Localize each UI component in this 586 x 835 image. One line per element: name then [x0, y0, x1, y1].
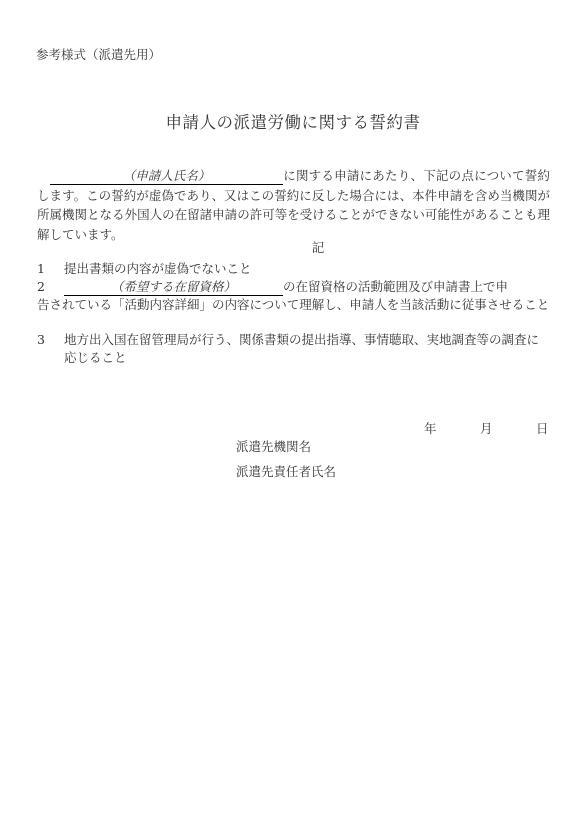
applicant-name-blank[interactable]: （申請人氏名）: [50, 168, 283, 185]
item-number: 2: [37, 278, 45, 296]
pledge-item-3: 3 地方出入国在留管理局が行う、関係書類の提出指導、事情聴取、実地調査等の調査に…: [37, 331, 550, 366]
item-number: 3: [37, 331, 45, 349]
pledge-paragraph: （申請人氏名）に関する申請にあたり、下記の点について誓約します。この誓約が虚偽で…: [37, 166, 550, 244]
item-text-rest: 告されている「活動内容詳細」の内容について理解し、申請人を当該活動に従事させるこ…: [37, 296, 550, 314]
item-number: 1: [37, 260, 45, 278]
date-month-label: 月: [480, 421, 493, 437]
item-text: 提出書類の内容が虚偽でないこと: [64, 260, 550, 278]
item-text-line1: の在留資格の活動範囲及び申請書上で申: [283, 279, 508, 294]
pledge-item-2: 2 （希望する在留資格）の在留資格の活動範囲及び申請書上で申 告されている「活動…: [37, 278, 550, 314]
item-text: 地方出入国在留管理局が行う、関係書類の提出指導、事情聴取、実地調査等の調査に応じ…: [37, 331, 550, 366]
responsible-person-label: 派遣先責任者氏名: [236, 464, 336, 480]
item-body: （希望する在留資格）の在留資格の活動範囲及び申請書上で申 告されている「活動内容…: [40, 278, 550, 314]
document-page: 参考様式（派遣先用） 申請人の派遣労働に関する誓約書 （申請人氏名）に関する申請…: [0, 0, 586, 835]
form-reference-note: 参考様式（派遣先用）: [36, 47, 161, 63]
pledge-item-1: 1 提出書類の内容が虚偽でないこと: [37, 260, 550, 278]
residence-status-blank[interactable]: （希望する在留資格）: [64, 279, 283, 296]
ki-heading: 記: [0, 240, 586, 256]
dispatch-organization-label: 派遣先機関名: [236, 439, 311, 455]
item-text-continued: 告されている「活動内容詳細」の内容について理解し、申請人を当該活動に従事させるこ…: [37, 296, 550, 314]
date-day-label: 日: [536, 421, 549, 437]
document-title: 申請人の派遣労働に関する誓約書: [0, 112, 586, 134]
date-year-label: 年: [424, 421, 437, 437]
